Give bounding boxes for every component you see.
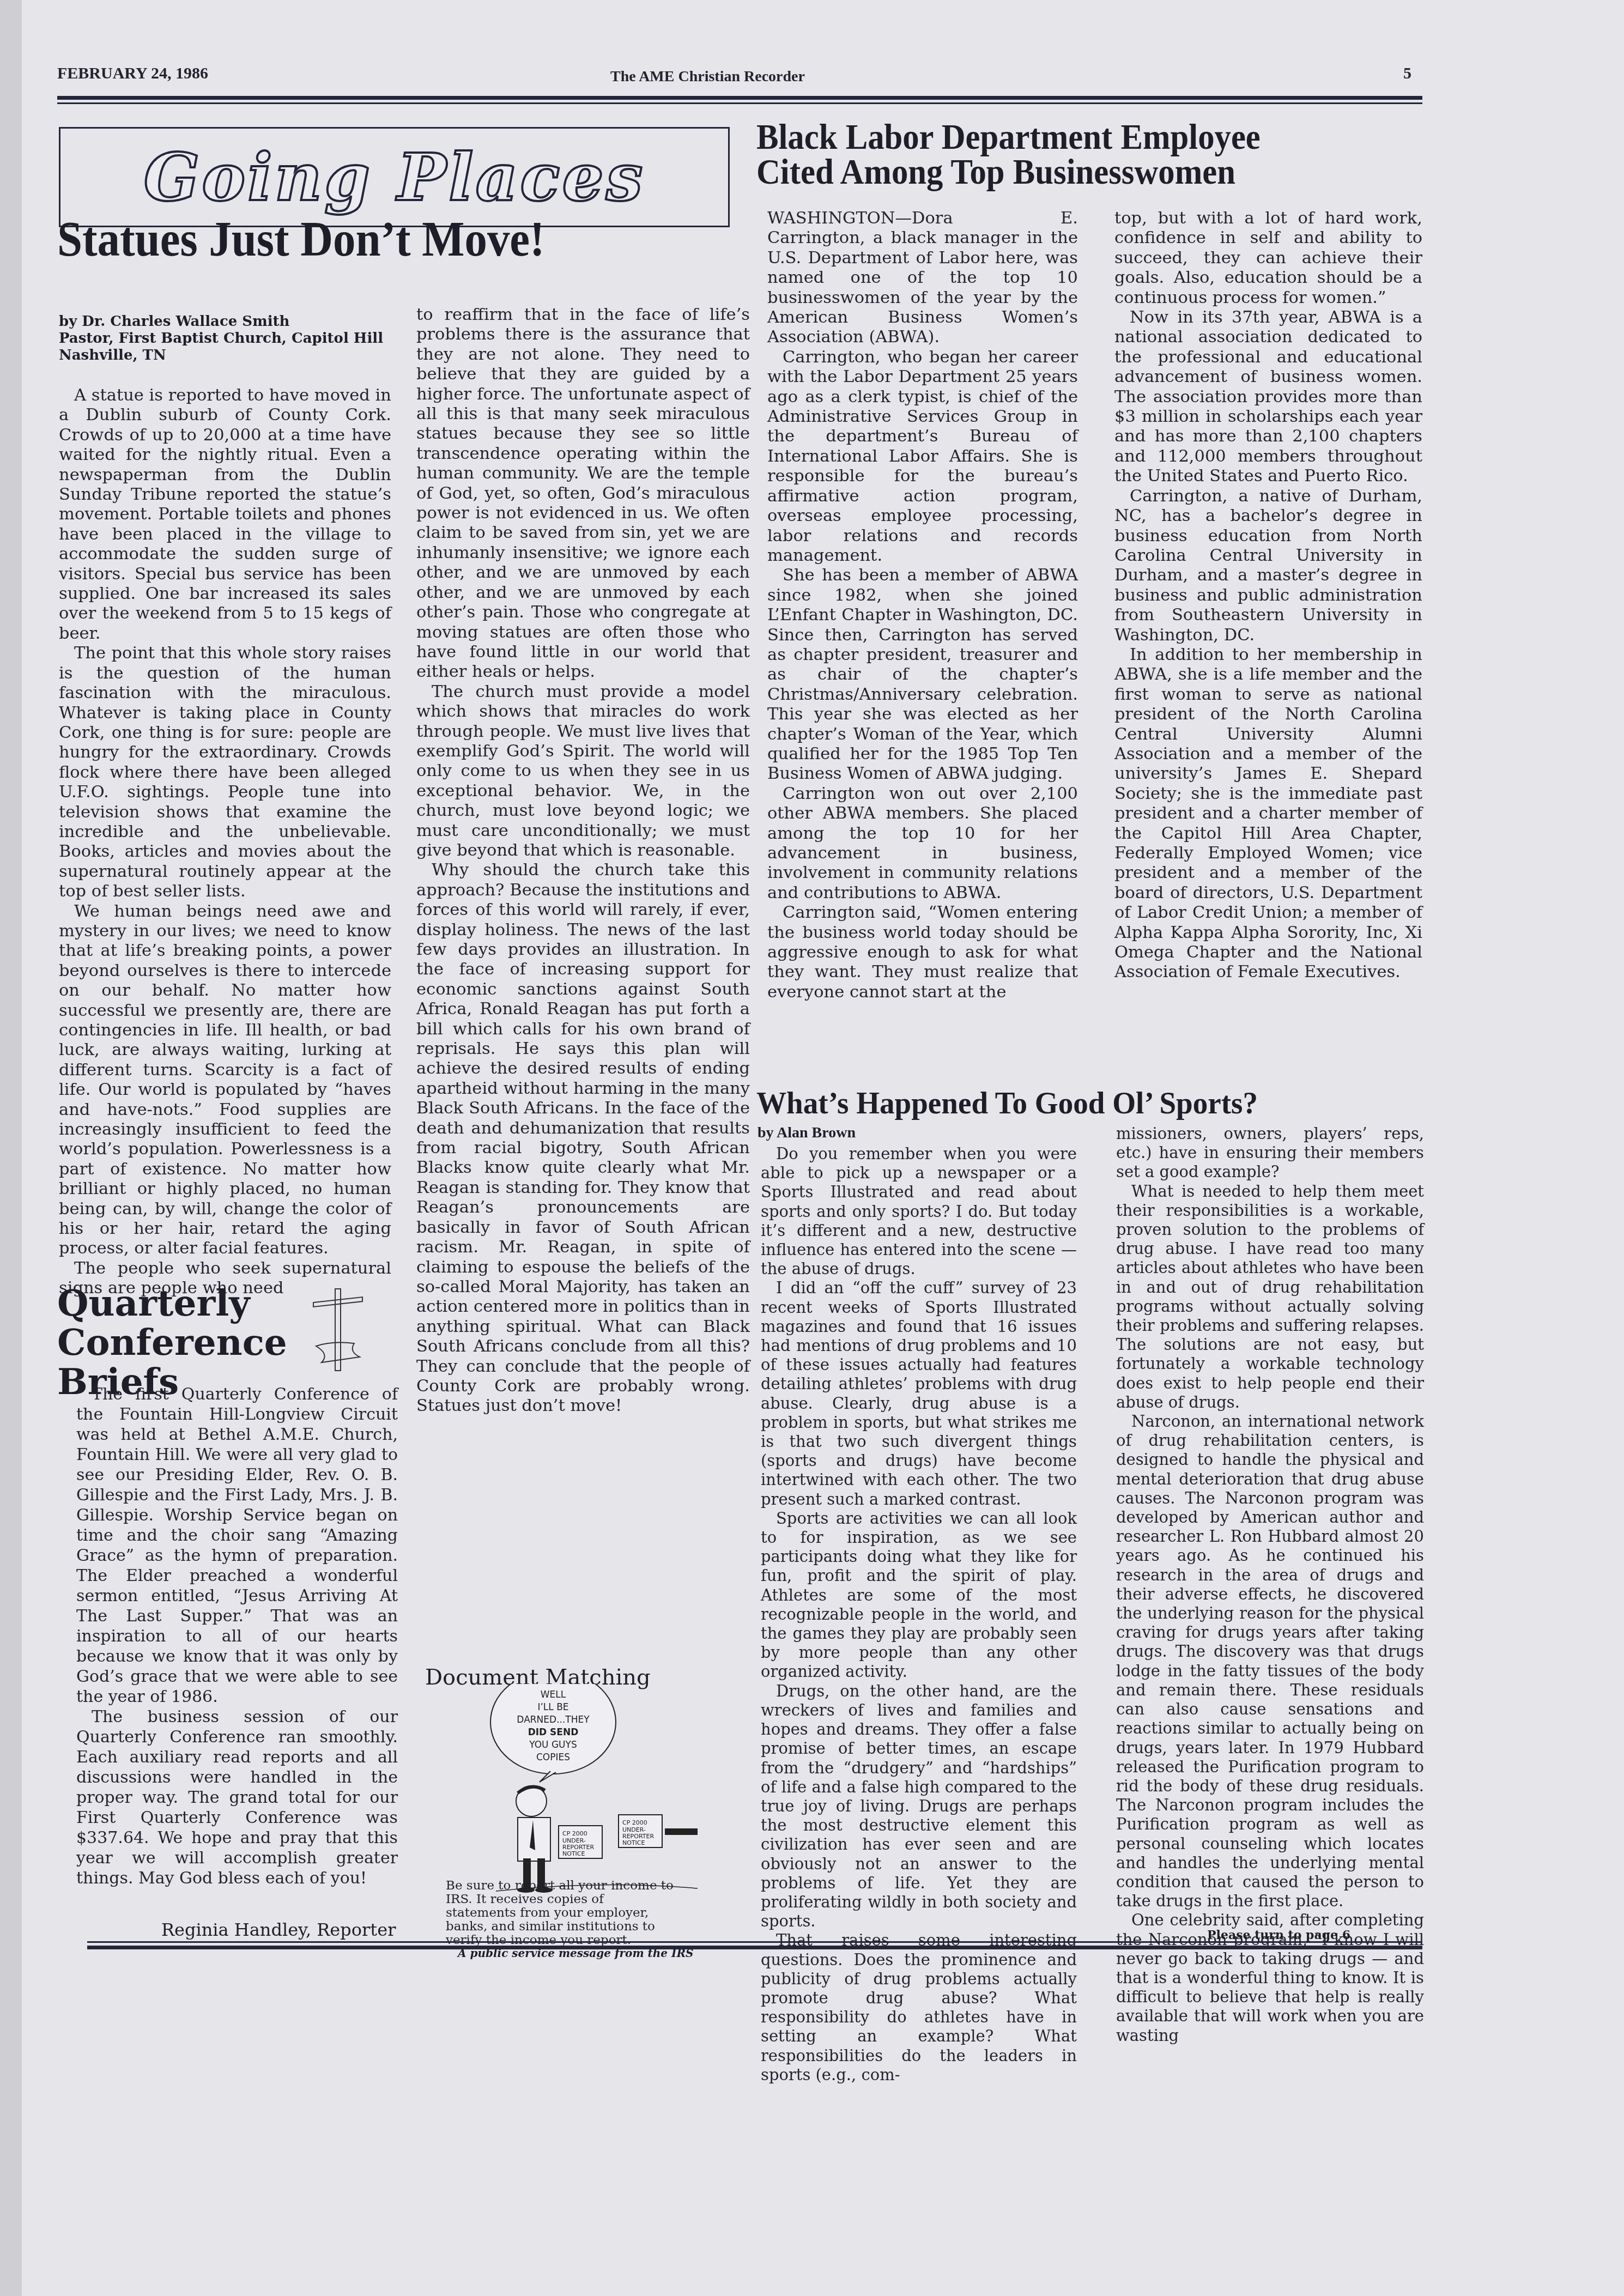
headline-line: Quarterly <box>57 1283 287 1323</box>
headline-black-labor: Black Labor Department Employee Cited Am… <box>756 120 1261 190</box>
byline-brown: by Alan Brown <box>758 1124 856 1142</box>
quarterly-body: The first Quarterly Conference of the Fo… <box>76 1384 398 1888</box>
paragraph: to reaffirm that in the face of life’s p… <box>416 305 750 682</box>
paragraph: The business session of our Quarterly Co… <box>76 1707 398 1888</box>
paragraph: WASHINGTON—Dora E. Carrington, a black m… <box>767 209 1078 348</box>
bubble-line: DARNED...THEY <box>517 1715 590 1725</box>
bubble-line: DID SEND <box>528 1727 579 1738</box>
page-edge <box>0 0 22 2296</box>
black-labor-column-2: top, but with a lot of hard work, confid… <box>1114 209 1422 983</box>
paragraph: What is needed to help them meet their r… <box>1116 1182 1424 1412</box>
page-number: 5 <box>1403 64 1411 83</box>
ad-copy: Be sure to report all your income to IRS… <box>446 1879 675 1947</box>
black-labor-column-1: WASHINGTON—Dora E. Carrington, a black m… <box>767 209 1078 1002</box>
paragraph: We human beings need awe and mystery in … <box>59 902 391 1259</box>
footer-rule <box>87 1941 1422 1943</box>
paragraph: missioners, owners, players’ reps, etc.)… <box>1116 1124 1424 1182</box>
reporter-credit: Reginia Handley, Reporter <box>161 1919 396 1940</box>
byline-line: Pastor, First Baptist Church, Capitol Hi… <box>59 330 383 347</box>
sports-column-1: Do you remember when you were able to pi… <box>761 1144 1077 2085</box>
sports-column-2: missioners, owners, players’ reps, etc.)… <box>1116 1124 1424 2045</box>
headline-quarterly: Quarterly Conference Briefs <box>57 1283 287 1401</box>
bubble-line: WELL <box>541 1689 566 1700</box>
byline-smith: by Dr. Charles Wallace Smith Pastor, Fir… <box>59 313 383 364</box>
statues-column-2: to reaffirm that in the face of life’s p… <box>416 305 750 1416</box>
paragraph: Now in its 37th year, ABWA is a national… <box>1114 308 1422 487</box>
byline-line: Nashville, TN <box>59 347 383 364</box>
paragraph: Carrington won out over 2,100 other ABWA… <box>767 784 1078 903</box>
byline-line: by Dr. Charles Wallace Smith <box>59 313 383 330</box>
paragraph: top, but with a lot of hard work, confid… <box>1114 209 1422 308</box>
statues-column-1: A statue is reported to have moved in a … <box>59 386 391 1299</box>
paragraph: The church must provide a model which sh… <box>416 682 750 861</box>
paragraph: In addition to her membership in ABWA, s… <box>1114 645 1422 983</box>
notice-line: NOTICE <box>562 1850 585 1857</box>
headline-sports: What’s Happened To Good Ol’ Sports? <box>756 1085 1258 1121</box>
paragraph: Drugs, on the other hand, are the wrecke… <box>761 1682 1077 1931</box>
header-rule <box>57 96 1422 100</box>
headline-line: Conference <box>57 1323 287 1362</box>
footer-rule-thick <box>87 1946 1422 1949</box>
bubble-line: COPIES <box>536 1752 570 1763</box>
notice-line: CP 2000 <box>562 1830 587 1837</box>
paragraph: Carrington said, “Women entering the bus… <box>767 903 1078 1002</box>
paragraph: Carrington, who began her career with th… <box>767 348 1078 566</box>
cross-icon <box>311 1286 371 1373</box>
headline-statues: Statues Just Don’t Move! <box>57 210 545 268</box>
notice-line: CP 2000 <box>622 1819 647 1826</box>
paragraph: Sports are activities we can all look to… <box>761 1509 1077 1682</box>
bubble-line: I’LL BE <box>537 1702 568 1713</box>
bubble-line: YOU GUYS <box>529 1740 577 1750</box>
paragraph: She has been a member of ABWA since 1982… <box>767 566 1078 784</box>
continued-notice: Please turn to page 6 <box>1207 1928 1350 1942</box>
paragraph: Do you remember when you were able to pi… <box>761 1144 1077 1279</box>
headline-line: Black Labor Department Employee <box>756 120 1261 155</box>
notice-line: NOTICE <box>622 1839 645 1846</box>
headline-line: Cited Among Top Businesswomen <box>756 155 1261 190</box>
irs-cartoon-illustration: WELL I’LL BE DARNED...THEY DID SEND YOU … <box>436 1684 741 1894</box>
paragraph: Why should the church take this approach… <box>416 861 750 1416</box>
publication-name: The AME Christian Recorder <box>610 68 805 86</box>
header-rule-thin <box>57 102 1422 104</box>
issue-date: FEBRUARY 24, 1986 <box>57 64 208 83</box>
paragraph: I did an “off the cuff” survey of 23 rec… <box>761 1279 1077 1509</box>
paragraph: The first Quarterly Conference of the Fo… <box>76 1384 398 1707</box>
banner-title: Going Places <box>144 139 645 216</box>
paragraph: That raises some interesting questions. … <box>761 1931 1077 2085</box>
paragraph: Narconon, an international network of dr… <box>1116 1412 1424 1911</box>
paragraph: A statue is reported to have moved in a … <box>59 386 391 644</box>
paragraph: Carrington, a native of Durham, NC, has … <box>1114 487 1422 645</box>
paragraph: The point that this whole story raises i… <box>59 644 391 901</box>
